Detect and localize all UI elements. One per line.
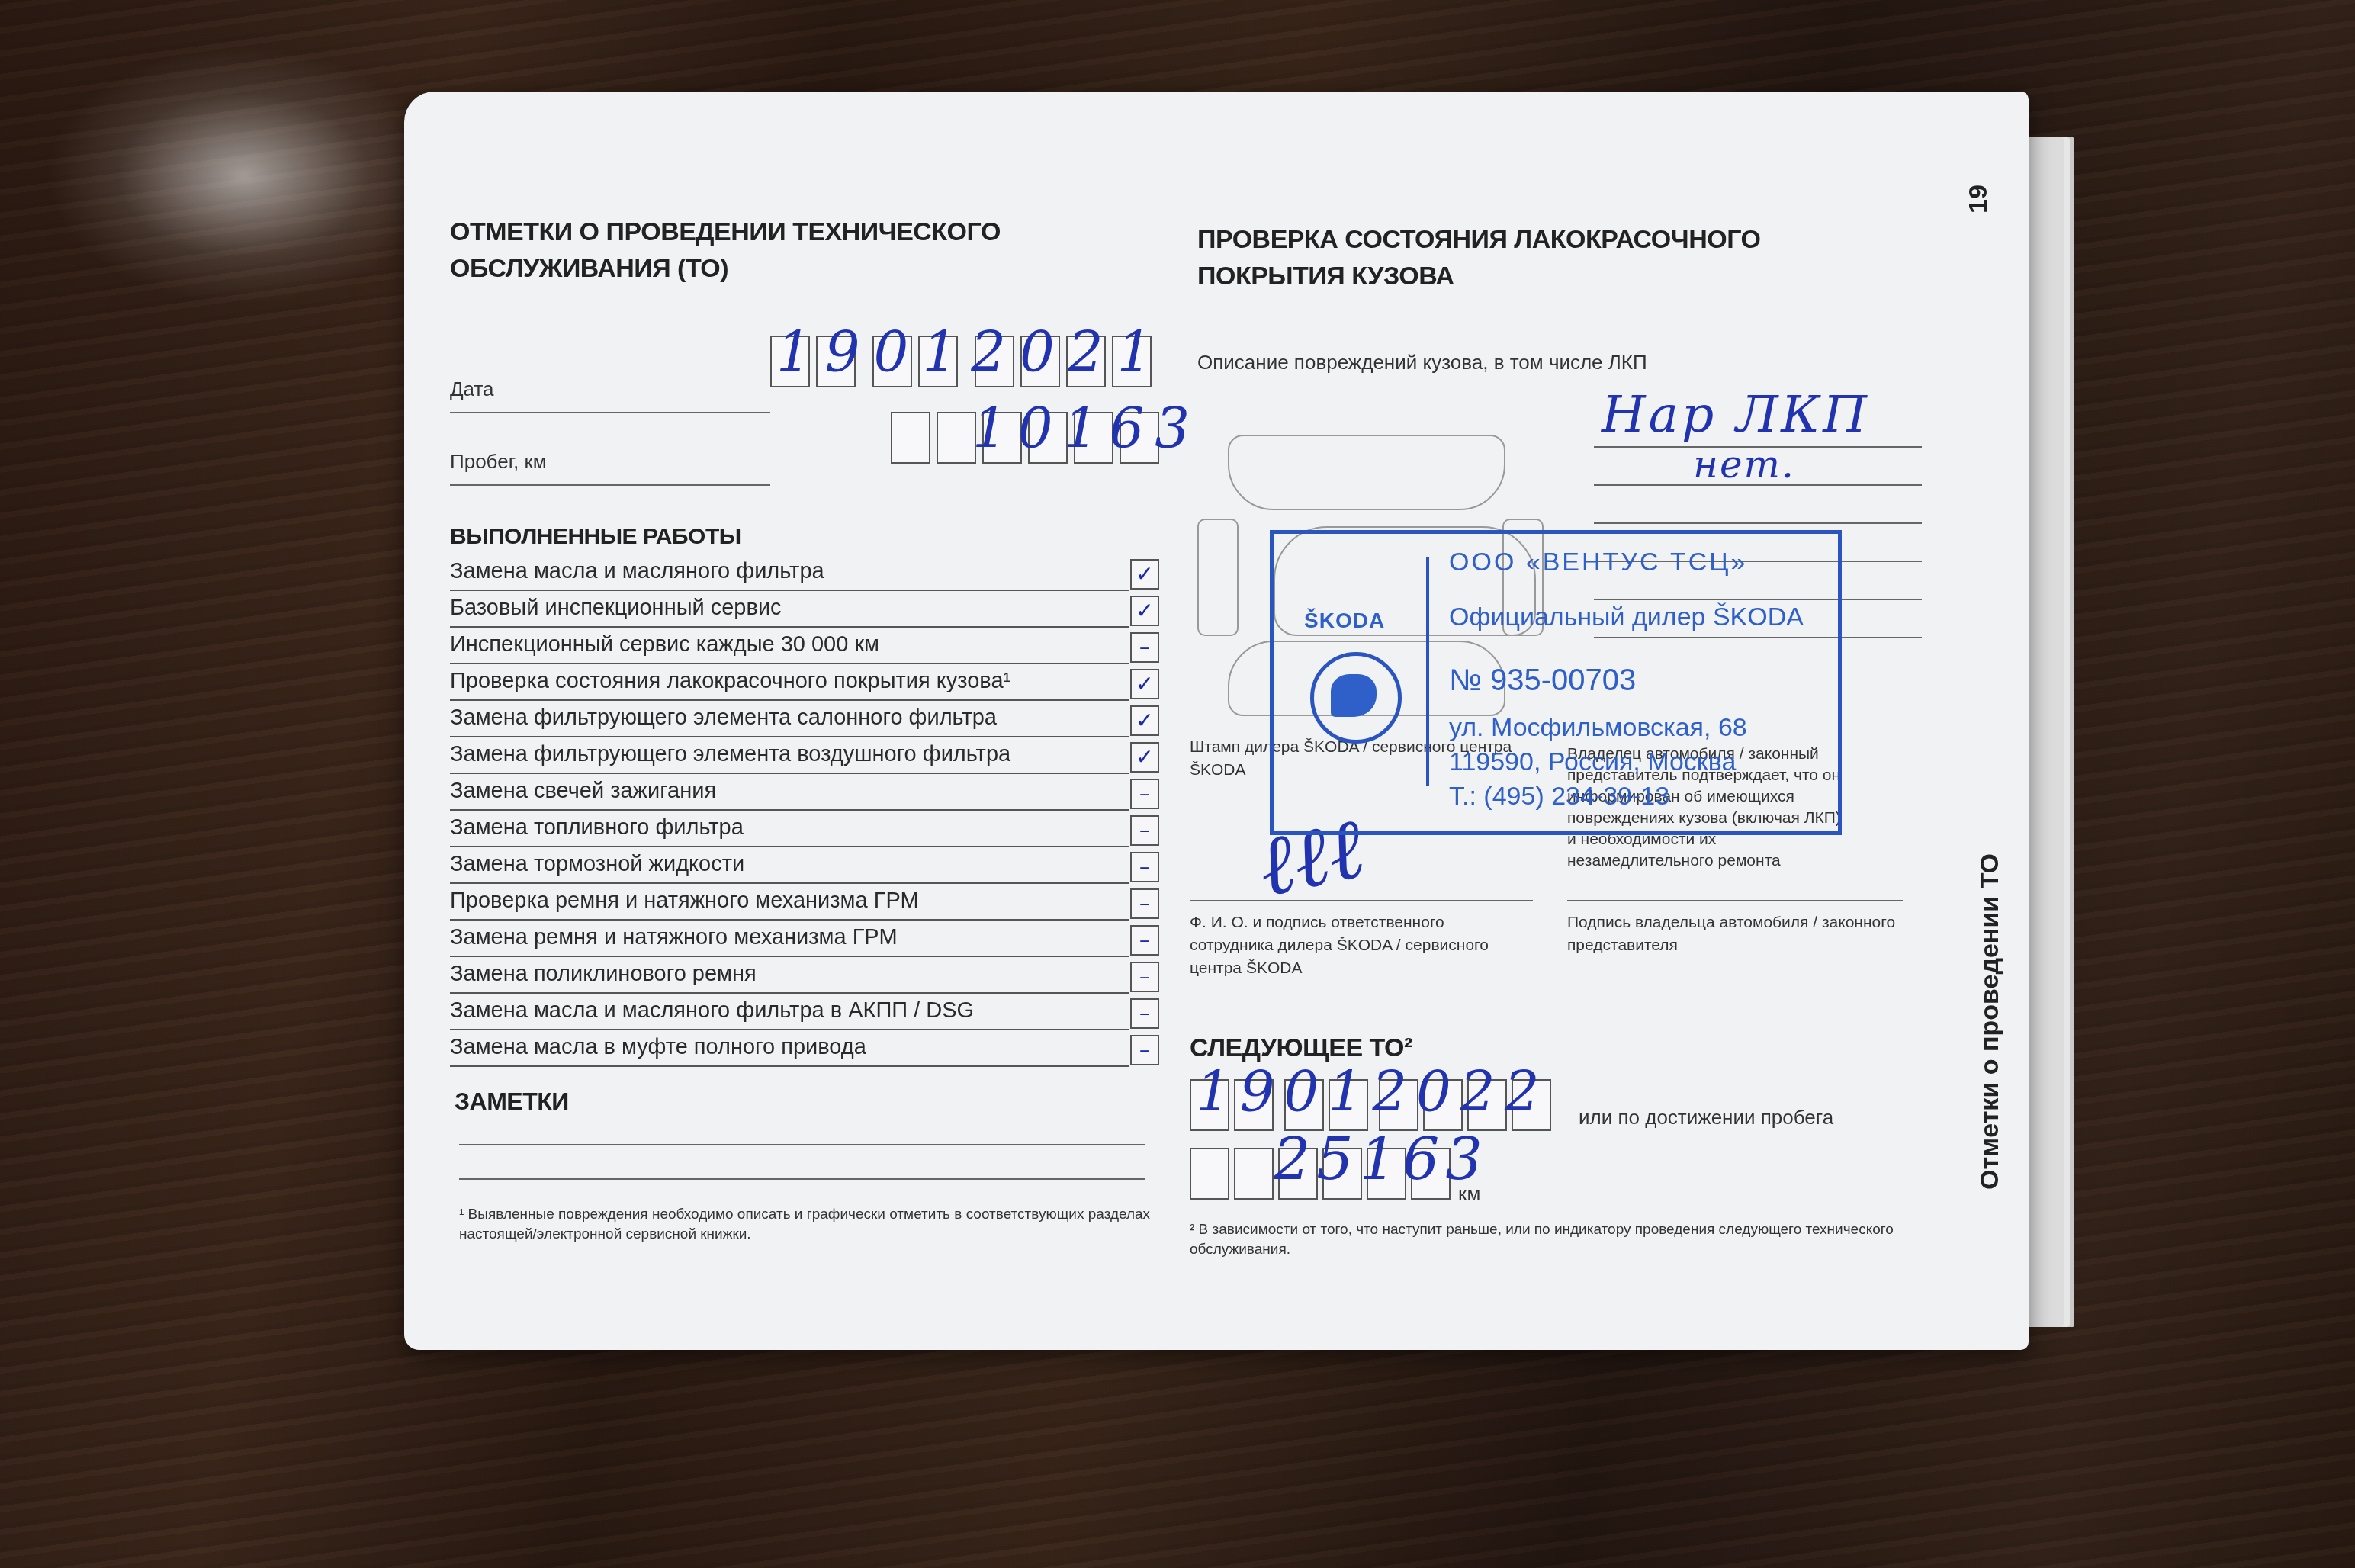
work-row: Инспекционный сервис каждые 30 000 км– xyxy=(450,626,1129,664)
work-checkbox[interactable]: ✓ xyxy=(1130,669,1159,699)
divider xyxy=(450,412,770,413)
divider xyxy=(450,484,770,486)
work-checkbox[interactable]: ✓ xyxy=(1130,559,1159,590)
owner-signature-label: Подпись владельца автомобиля / законного… xyxy=(1567,911,1903,957)
stamp-dealer: Официальный дилер ŠKODA xyxy=(1449,602,1804,632)
damage-handwritten-2: нет. xyxy=(1693,442,1795,487)
work-checkbox[interactable]: – xyxy=(1130,815,1159,846)
stamp-street: ул. Мосфильмовская, 68 xyxy=(1449,713,1747,743)
employee-signature-label: Ф. И. О. и подпись ответственного сотруд… xyxy=(1190,911,1510,980)
next-date-handwritten: 19012022 xyxy=(1196,1060,1548,1124)
skoda-wordmark: ŠKODA xyxy=(1304,609,1385,633)
work-label: Замена свечей зажигания xyxy=(450,779,716,803)
work-checkbox[interactable]: – xyxy=(1130,1035,1159,1065)
work-checkbox[interactable]: ✓ xyxy=(1130,742,1159,773)
skoda-logo-icon xyxy=(1310,652,1402,744)
work-checkbox[interactable]: – xyxy=(1130,888,1159,919)
work-checkbox[interactable]: – xyxy=(1130,632,1159,663)
work-label: Замена фильтрующего элемента воздушного … xyxy=(450,742,1010,766)
left-footnote: ¹ Выявленные повреждения необходимо опис… xyxy=(459,1205,1161,1245)
work-row: Проверка состояния лакокрасочного покрыт… xyxy=(450,663,1129,701)
work-row: Замена фильтрующего элемента воздушного … xyxy=(450,736,1129,774)
work-row: Замена масла в муфте полного привода– xyxy=(450,1029,1129,1067)
work-checkbox[interactable]: ✓ xyxy=(1130,596,1159,626)
owner-signature-line[interactable] xyxy=(1567,900,1903,901)
work-checkbox[interactable]: – xyxy=(1130,962,1159,992)
dealer-stamp: ŠKODA ООО «ВЕНТУС ТСЦ» Официальный дилер… xyxy=(1270,530,1842,835)
work-row: Замена поликлинового ремня– xyxy=(450,956,1129,994)
work-row: Замена масла и масляного фильтра в АКПП … xyxy=(450,992,1129,1030)
work-label: Замена топливного фильтра xyxy=(450,815,744,840)
work-label: Инспекционный сервис каждые 30 000 км xyxy=(450,632,879,657)
work-row: Замена тормозной жидкости– xyxy=(450,846,1129,884)
work-label: Базовый инспекционный сервис xyxy=(450,596,782,620)
work-label: Замена тормозной жидкости xyxy=(450,852,744,876)
right-footnote: ² В зависимости от того, что наступит ра… xyxy=(1190,1220,1899,1260)
notes-line[interactable] xyxy=(459,1178,1145,1180)
work-row: Замена свечей зажигания– xyxy=(450,773,1129,811)
or-mileage-label: или по достижении пробега xyxy=(1579,1106,1833,1129)
work-label: Проверка состояния лакокрасочного покрыт… xyxy=(450,669,1010,693)
work-checkbox[interactable]: – xyxy=(1130,852,1159,882)
work-checkbox[interactable]: – xyxy=(1130,925,1159,956)
work-label: Замена поликлинового ремня xyxy=(450,962,757,986)
stamp-city: 119590, Россия, Москва xyxy=(1449,747,1736,777)
work-label: Замена масла и масляного фильтра в АКПП … xyxy=(450,998,974,1023)
km-label: км xyxy=(1458,1182,1480,1206)
stamp-phone: Т.: (495) 234-39-13 xyxy=(1449,782,1669,811)
car-diagram-front-view[interactable] xyxy=(1197,519,1239,636)
work-checkbox[interactable]: ✓ xyxy=(1130,705,1159,736)
work-label: Замена ремня и натяжного механизма ГРМ xyxy=(450,925,898,949)
work-row: Замена масла и масляного фильтра✓ xyxy=(450,553,1129,591)
notes-title: ЗАМЕТКИ xyxy=(455,1083,569,1120)
side-tab-label: Отметки о проведении ТО xyxy=(1975,853,2005,1190)
works-title: ВЫПОЛНЕННЫЕ РАБОТЫ xyxy=(450,519,741,555)
work-label: Замена фильтрующего элемента салонного ф… xyxy=(450,705,997,730)
next-mileage-handwritten: 25163 xyxy=(1274,1125,1489,1193)
notes-line[interactable] xyxy=(459,1144,1145,1145)
paint-check-title: ПРОВЕРКА СОСТОЯНИЯ ЛАКОКРАСОЧНОГО ПОКРЫТ… xyxy=(1197,221,1823,294)
work-label: Проверка ремня и натяжного механизма ГРМ xyxy=(450,888,919,913)
work-row: Замена ремня и натяжного механизма ГРМ– xyxy=(450,919,1129,957)
employee-signature-line[interactable] xyxy=(1190,900,1533,901)
work-label: Замена масла в муфте полного привода xyxy=(450,1035,866,1059)
car-diagram-top-view[interactable] xyxy=(1228,435,1505,510)
work-checkbox[interactable]: – xyxy=(1130,998,1159,1029)
date-label: Дата xyxy=(450,378,494,401)
left-page: ОТМЕТКИ О ПРОВЕДЕНИИ ТЕХНИЧЕСКОГО ОБСЛУЖ… xyxy=(450,214,1136,287)
work-label: Замена масла и масляного фильтра xyxy=(450,559,824,583)
mileage-label: Пробег, км xyxy=(450,450,547,474)
work-row: Базовый инспекционный сервис✓ xyxy=(450,590,1129,628)
work-row: Замена фильтрующего элемента салонного ф… xyxy=(450,699,1129,737)
work-checkbox[interactable]: – xyxy=(1130,779,1159,809)
damage-description-label: Описание повреждений кузова, в том числе… xyxy=(1197,351,1647,374)
work-row: Замена топливного фильтра– xyxy=(450,809,1129,847)
work-row: Проверка ремня и натяжного механизма ГРМ… xyxy=(450,882,1129,921)
page-number: 19 xyxy=(1964,185,1994,214)
stamp-number: № 935-00703 xyxy=(1449,664,1636,698)
date-handwritten: 19012021 xyxy=(776,320,1165,384)
damage-handwritten-1: Нар ЛКП xyxy=(1602,385,1870,444)
maintenance-title: ОТМЕТКИ О ПРОВЕДЕНИИ ТЕХНИЧЕСКОГО ОБСЛУЖ… xyxy=(450,214,1075,287)
mileage-handwritten: 10163 xyxy=(972,397,1200,461)
damage-line[interactable] xyxy=(1594,522,1922,524)
stamp-company: ООО «ВЕНТУС ТСЦ» xyxy=(1449,548,1747,577)
light-glare xyxy=(46,46,442,305)
